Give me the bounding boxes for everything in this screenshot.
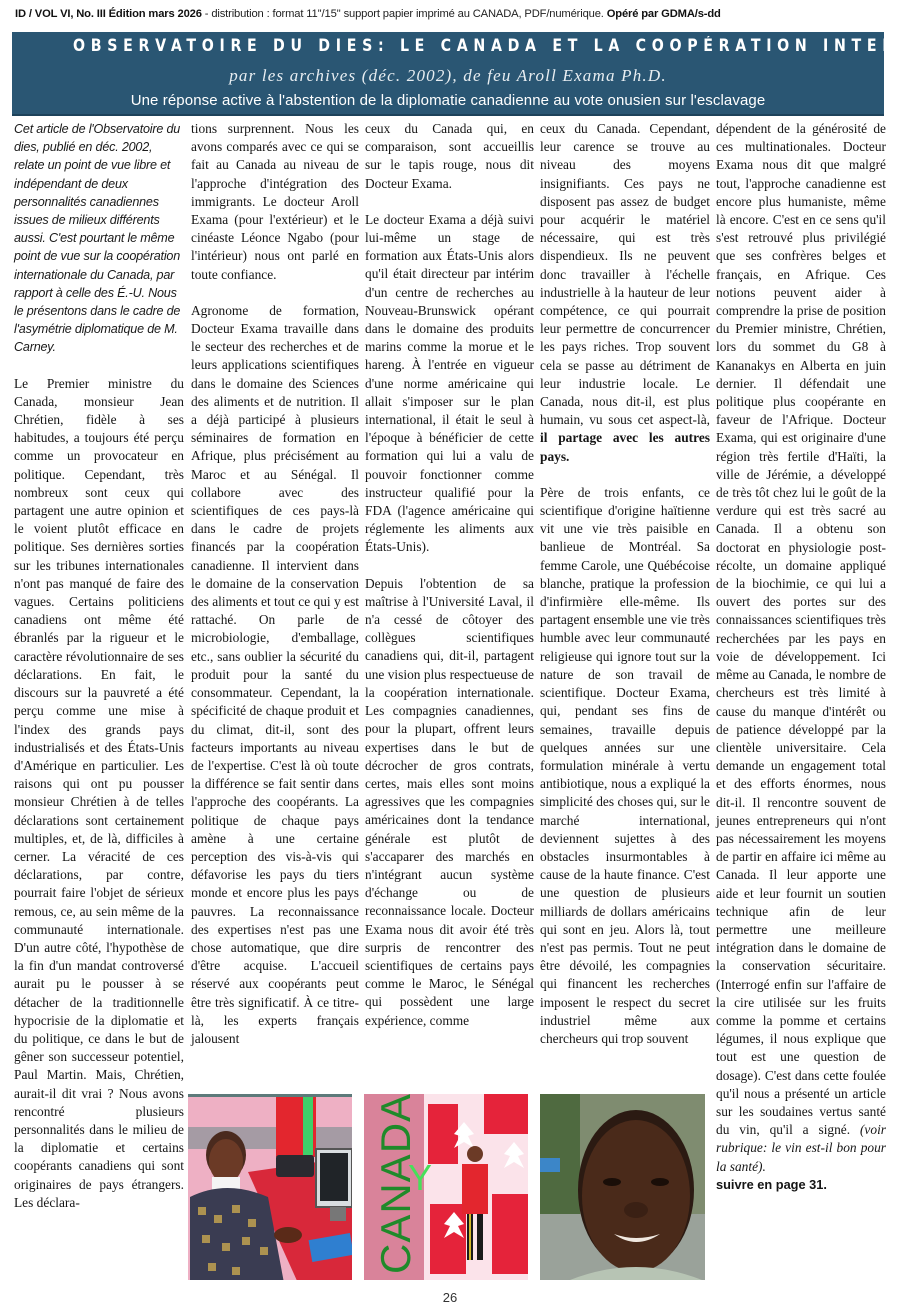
bold-phrase: il partage avec les autres pays. [540, 430, 710, 463]
article-column-3: ceux du Canada qui, en comparaison, sont… [365, 120, 534, 1030]
column-paragraph: Le Premier ministre du Canada, monsieur … [14, 375, 184, 1212]
column-paragraph: ceux du Canada qui, en comparaison, sont… [365, 120, 534, 193]
banner-byline: par les archives (déc. 2002), de feu Aro… [12, 66, 884, 86]
column-paragraph: tions surprennent. Nous les avons compar… [191, 120, 359, 284]
photo-portrait [540, 1094, 705, 1280]
column-paragraph: ceux du Canada. Cependant, leur carence … [540, 120, 710, 466]
article-intro: Cet article de l'Observatoire du dies, p… [14, 120, 184, 357]
photo-man-at-desk-image [188, 1097, 352, 1280]
continued-link[interactable]: suivre en page 31. [716, 1176, 886, 1194]
banner-subtitle: Une réponse active à l'abstention de la … [12, 92, 884, 109]
article-column-5: dépendent de la générosité de ces multin… [716, 120, 886, 1194]
column-paragraph: dépendent de la générosité de ces multin… [716, 120, 886, 1176]
article-column-2: tions surprennent. Nous les avons compar… [191, 120, 359, 1048]
operator-label: Opéré par GDMA/s-dd [607, 8, 721, 20]
photo-canada-collage: CANADA Y [364, 1094, 528, 1280]
column-paragraph: Père de trois enfants, ce scientifique d… [540, 484, 710, 1048]
banner-title: OBSERVATOIRE DU DIES: LE CANADA ET LA CO… [73, 36, 823, 55]
issue-header-line: ID / VOL VI, No. III Édition mars 2026 -… [15, 8, 895, 24]
paragraph-text: dépendent de la générosité de ces multin… [716, 121, 886, 1137]
column-paragraph: Le docteur Exama a déjà suivi lui-même u… [365, 211, 534, 557]
canada-overlay-letter: Y [408, 1157, 432, 1198]
photo-man-at-desk [188, 1094, 352, 1280]
column-paragraph: Agronome de formation, Docteur Exama tra… [191, 302, 359, 1048]
photo-portrait-image [540, 1094, 705, 1280]
distribution-info: - distribution : format 11''/15'' suppor… [202, 8, 607, 20]
paragraph-text: ceux du Canada. Cependant, leur carence … [540, 121, 710, 427]
photo-canada-collage-image: CANADA Y [364, 1094, 528, 1280]
column-paragraph: Depuis l'obtention de sa maîtrise à l'Un… [365, 575, 534, 1030]
article-column-1: Cet article de l'Observatoire du dies, p… [14, 120, 184, 1212]
page-number: 26 [0, 1290, 900, 1305]
article-banner: OBSERVATOIRE DU DIES: LE CANADA ET LA CO… [12, 32, 884, 116]
article-column-4: ceux du Canada. Cependant, leur carence … [540, 120, 710, 1048]
issue-label: ID / VOL VI, No. III Édition mars 2026 [15, 8, 202, 20]
